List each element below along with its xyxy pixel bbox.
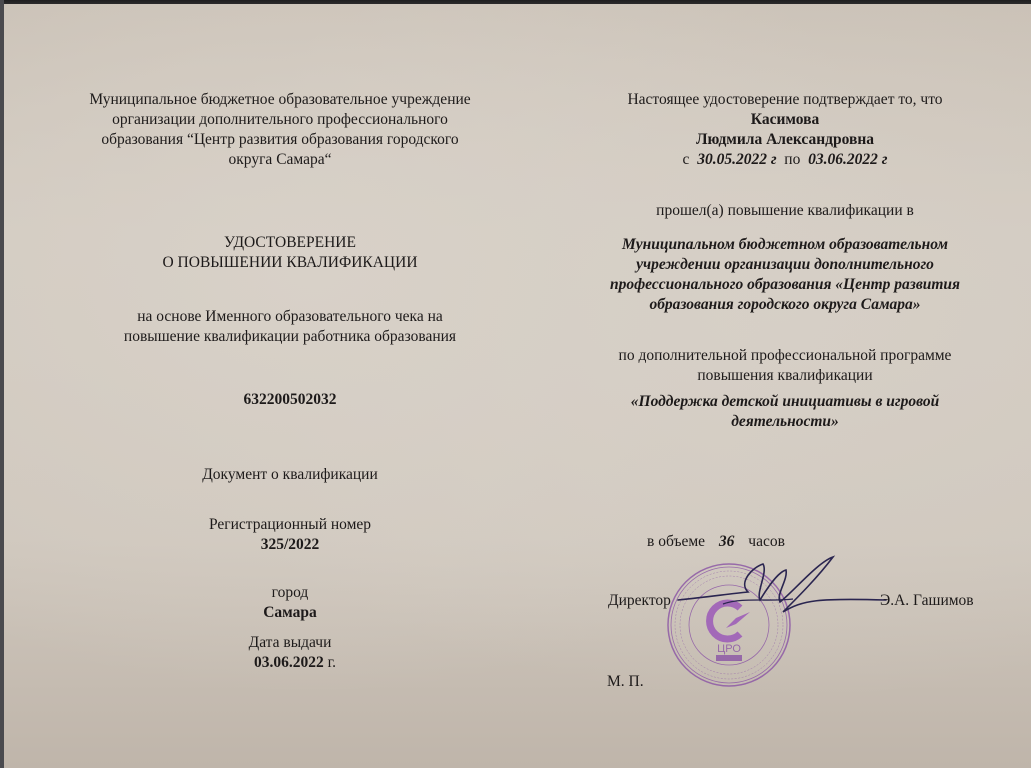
registration-block: Регистрационный номер 325/2022 xyxy=(150,515,430,555)
period-to-label: по xyxy=(784,151,800,168)
issue-date-suffix: г. xyxy=(324,654,336,671)
basis-line: повышение квалификации работника образов… xyxy=(80,327,500,347)
holder-surname: Касимова xyxy=(560,110,1010,130)
issuer-line: организации дополнительного профессионал… xyxy=(40,110,520,130)
period-from: 30.05.2022 г xyxy=(697,151,776,168)
issue-date-label: Дата выдачи xyxy=(150,633,430,653)
org-line: профессионального образования «Центр раз… xyxy=(560,275,1010,295)
director-signature-icon xyxy=(668,552,893,632)
city-block: город Самара xyxy=(150,583,430,623)
confirmation-block: Настоящее удостоверение подтверждает то,… xyxy=(560,90,1010,170)
volume-block: в объеме 36 часов xyxy=(600,532,880,552)
issuer-block: Муниципальное бюджетное образовательное … xyxy=(40,90,520,170)
org-line: образования городского округа Самара» xyxy=(560,295,1010,315)
issue-date-value: 03.06.2022 xyxy=(254,654,324,671)
title-line: УДОСТОВЕРЕНИЕ xyxy=(80,233,500,253)
org-line: Муниципальном бюджетном образовательном xyxy=(560,235,1010,255)
program-line: по дополнительной профессиональной прогр… xyxy=(560,346,1010,366)
city-label: город xyxy=(150,583,430,603)
seal-place-label: М. П. xyxy=(607,672,644,692)
director-label: Директор xyxy=(608,591,671,611)
background-edge-left xyxy=(0,0,4,768)
director-name: Э.А. Гашимов xyxy=(880,591,974,611)
training-organization: Муниципальном бюджетном образовательном … xyxy=(560,235,1010,315)
program-name: «Поддержка детской инициативы в игровой … xyxy=(560,392,1010,432)
program-name-line: деятельности» xyxy=(560,412,1010,432)
issuer-line: образования “Центр развития образования … xyxy=(40,130,520,150)
program-description: по дополнительной профессиональной прогр… xyxy=(560,346,1010,386)
issue-date-block: Дата выдачи 03.06.2022 г. xyxy=(150,633,430,673)
program-name-line: «Поддержка детской инициативы в игровой xyxy=(560,392,1010,412)
study-period: с 30.05.2022 г по 03.06.2022 г xyxy=(560,150,1010,170)
volume-unit: часов xyxy=(748,533,785,550)
city-value: Самара xyxy=(150,603,430,623)
document-title: УДОСТОВЕРЕНИЕ О ПОВЫШЕНИИ КВАЛИФИКАЦИИ xyxy=(80,233,500,273)
holder-given-names: Людмила Александровна xyxy=(560,130,1010,150)
registration-label: Регистрационный номер xyxy=(150,515,430,535)
registration-number: 325/2022 xyxy=(150,535,430,555)
issuer-line: округа Самара“ xyxy=(40,150,520,170)
basis-text: на основе Именного образовательного чека… xyxy=(80,307,500,347)
cheque-number: 632200502032 xyxy=(150,390,430,410)
period-from-label: с xyxy=(683,151,690,168)
org-line: учреждении организации дополнительного xyxy=(560,255,1010,275)
volume-hours: 36 xyxy=(709,533,745,550)
program-line: повышения квалификации xyxy=(560,366,1010,386)
volume-label: в объеме xyxy=(600,533,705,550)
confirm-text: Настоящее удостоверение подтверждает то,… xyxy=(560,90,1010,110)
period-to: 03.06.2022 г xyxy=(808,151,887,168)
passed-text: прошел(а) повышение квалификации в xyxy=(560,201,1010,221)
issuer-line: Муниципальное бюджетное образовательное … xyxy=(40,90,520,110)
basis-line: на основе Именного образовательного чека… xyxy=(80,307,500,327)
svg-text:ЦРО: ЦРО xyxy=(717,643,741,655)
title-line: О ПОВЫШЕНИИ КВАЛИФИКАЦИИ xyxy=(80,253,500,273)
document-type-label: Документ о квалификации xyxy=(150,465,430,485)
